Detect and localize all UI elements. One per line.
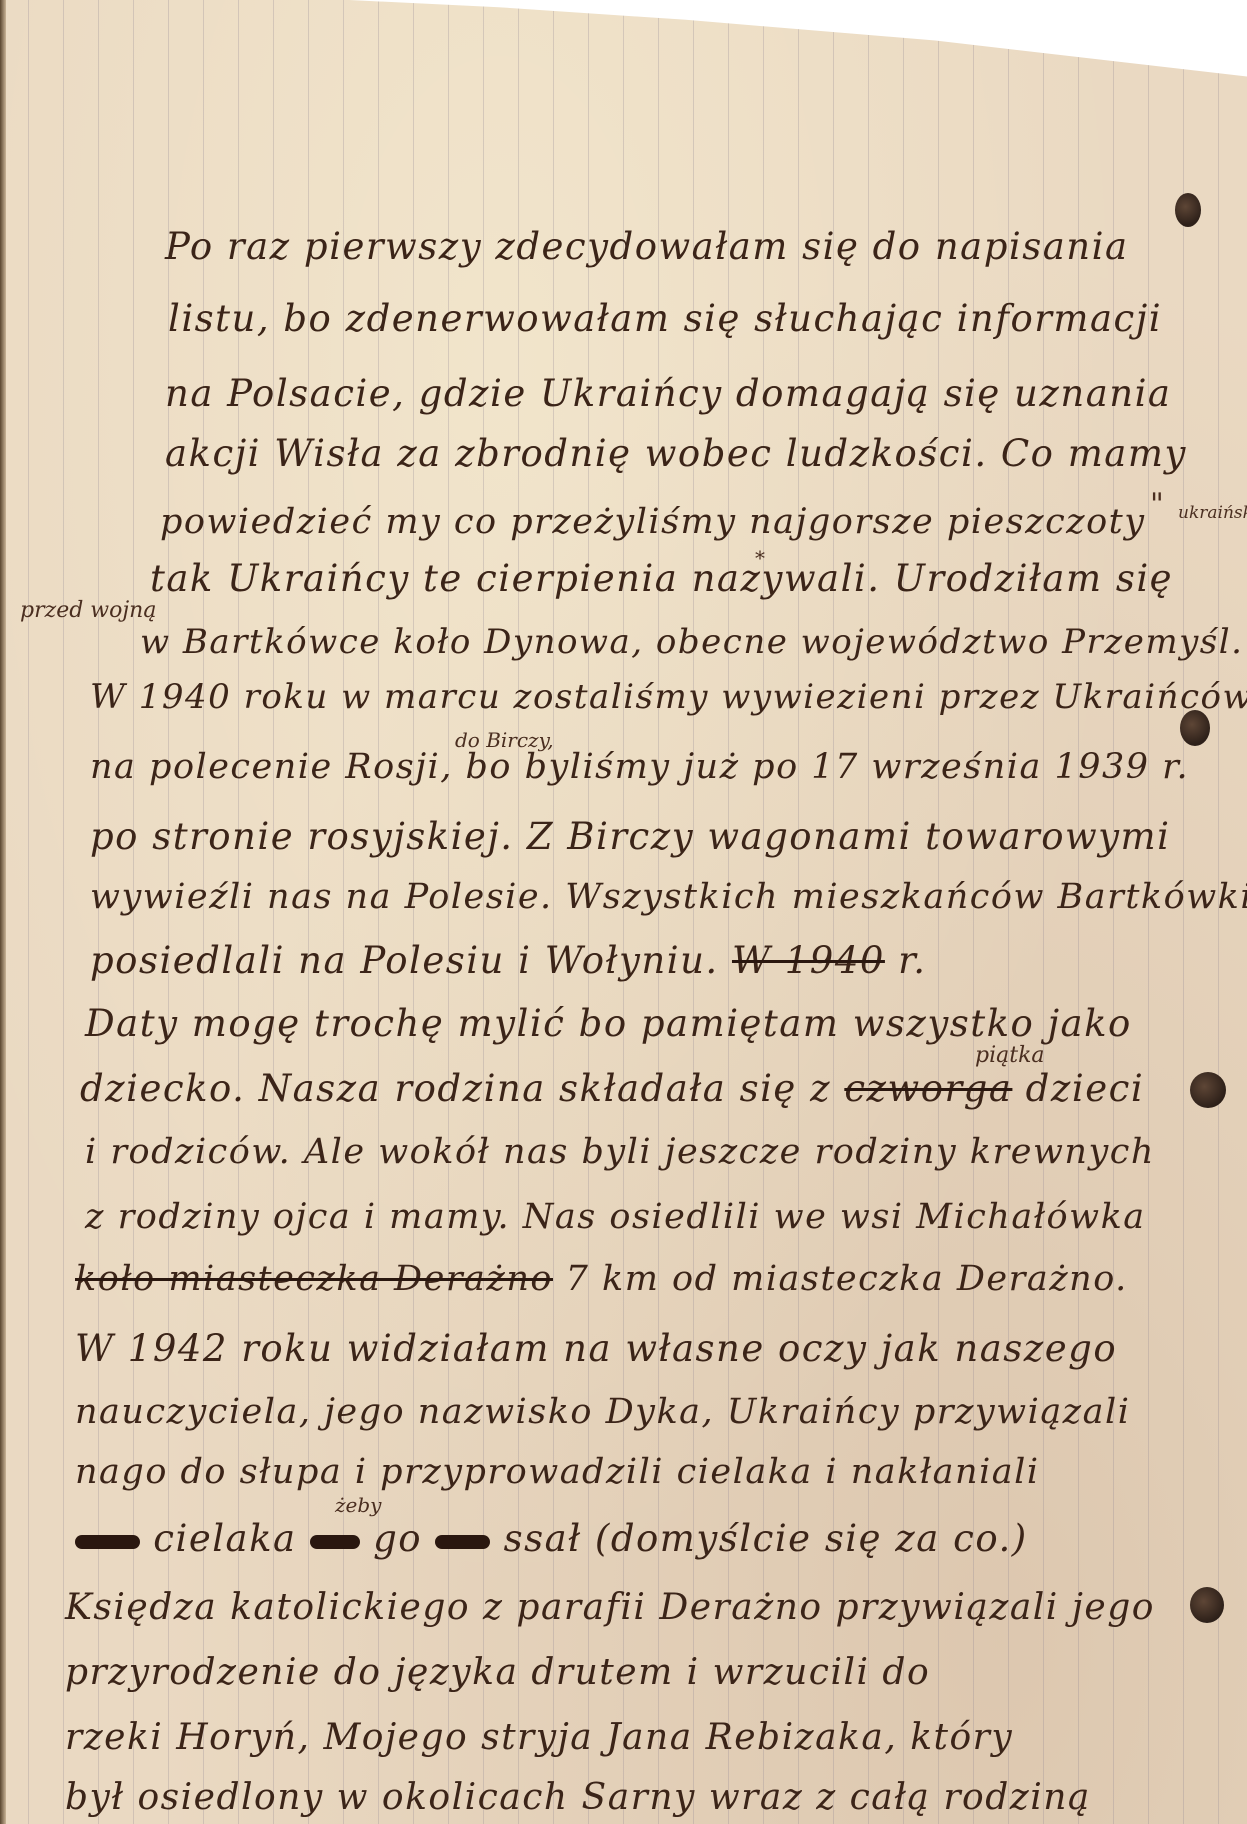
struck-text: czworga — [844, 1067, 1012, 1110]
letter-page: Po raz pierwszy zdecydowałam się do napi… — [0, 0, 1247, 1824]
line-text: cielaka — [140, 1517, 310, 1560]
handwritten-line: posiedlali na Polesiu i Wołyniu. W 1940 … — [90, 942, 927, 979]
annotation-quote-mark: " — [1150, 490, 1164, 520]
handwritten-line: W 1940 roku w marcu zostaliśmy wywiezien… — [90, 680, 1247, 714]
handwritten-line: na polecenie Rosji, bo byliśmy już po 17… — [90, 750, 1189, 785]
punch-hole-icon — [1190, 1587, 1224, 1623]
line-text: posiedlali na Polesiu i Wołyniu. — [90, 939, 719, 982]
struck-text: koło miasteczka Derażno — [75, 1259, 553, 1299]
handwritten-line: rzeki Horyń, Mojego stryja Jana Rebizaka… — [65, 1720, 1013, 1756]
handwritten-line: Daty mogę trochę mylić bo pamiętam wszys… — [85, 1005, 1132, 1042]
struck-text: W 1940 — [732, 939, 885, 982]
handwritten-line: dziecko. Nasza rodzina składała się z cz… — [80, 1070, 1144, 1107]
handwritten-line: z rodziny ojca i mamy. Nas osiedlili we … — [85, 1200, 1146, 1235]
line-text: dziecko. Nasza rodzina składała się z — [80, 1067, 831, 1110]
handwritten-line: powiedzieć my co przeżyliśmy najgorsze p… — [160, 505, 1146, 540]
punch-hole-icon — [1190, 1072, 1226, 1108]
punch-hole-icon — [1175, 193, 1201, 227]
scribbled-out-word: aby — [310, 1535, 360, 1549]
line-text: go — [360, 1517, 435, 1560]
handwritten-line: żeby cielaka aby go dać ssał (domyślcie … — [75, 1520, 1028, 1557]
line-text: ssał (domyślcie się za co.) — [490, 1517, 1027, 1560]
handwritten-line: przyrodzenie do języka drutem i wrzucili… — [65, 1655, 930, 1691]
handwritten-line: nauczyciela, jego nazwisko Dyka, Ukraińc… — [75, 1395, 1130, 1430]
scribbled-out-word: dać — [435, 1535, 490, 1549]
margin-note-right: ukraińskie — [1178, 505, 1238, 522]
handwritten-line: na Polsacie, gdzie Ukraińcy domagają się… — [165, 375, 1172, 412]
handwritten-line: był osiedlony w okolicach Sarny wraz z c… — [65, 1780, 1091, 1816]
handwritten-line: listu, bo zdenerwowałam się słuchając in… — [168, 300, 1162, 337]
line-text: r. — [885, 939, 927, 982]
handwritten-line: nago do słupa i przyprowadzili cielaka i… — [75, 1455, 1040, 1490]
handwritten-line: w Bartkówce koło Dynowa, obecne wojewódz… — [140, 625, 1243, 659]
paper-edge — [0, 0, 6, 1824]
handwritten-line: W 1942 roku widziałam na własne oczy jak… — [75, 1330, 1117, 1367]
line-text: 7 km od miasteczka Derażno. — [553, 1259, 1128, 1299]
correction-above: piątka — [975, 1045, 1045, 1067]
line-text: dzieci — [1012, 1067, 1144, 1110]
margin-note-left: przed wojną — [20, 600, 156, 622]
handwritten-line: tak Ukraińcy te cierpienia nazywali. Uro… — [150, 560, 1173, 597]
handwritten-line: Księdza katolickiego z parafii Derażno p… — [65, 1590, 1155, 1626]
handwritten-line: wywieźli nas na Polesie. Wszystkich mies… — [90, 880, 1247, 915]
handwritten-line: Po raz pierwszy zdecydowałam się do napi… — [165, 228, 1129, 265]
insertion-note: żeby — [335, 1495, 381, 1515]
handwritten-line: koło miasteczka Derażno 7 km od miastecz… — [75, 1262, 1128, 1297]
scribbled-out-word: żeby — [75, 1535, 140, 1549]
handwritten-line: i rodziców. Ale wokół nas byli jeszcze r… — [85, 1135, 1155, 1170]
handwritten-line: akcji Wisła za zbrodnię wobec ludzkości.… — [165, 435, 1187, 472]
torn-top-edge — [0, 0, 1247, 90]
handwritten-line: po stronie rosyjskiej. Z Birczy wagonami… — [90, 818, 1170, 855]
